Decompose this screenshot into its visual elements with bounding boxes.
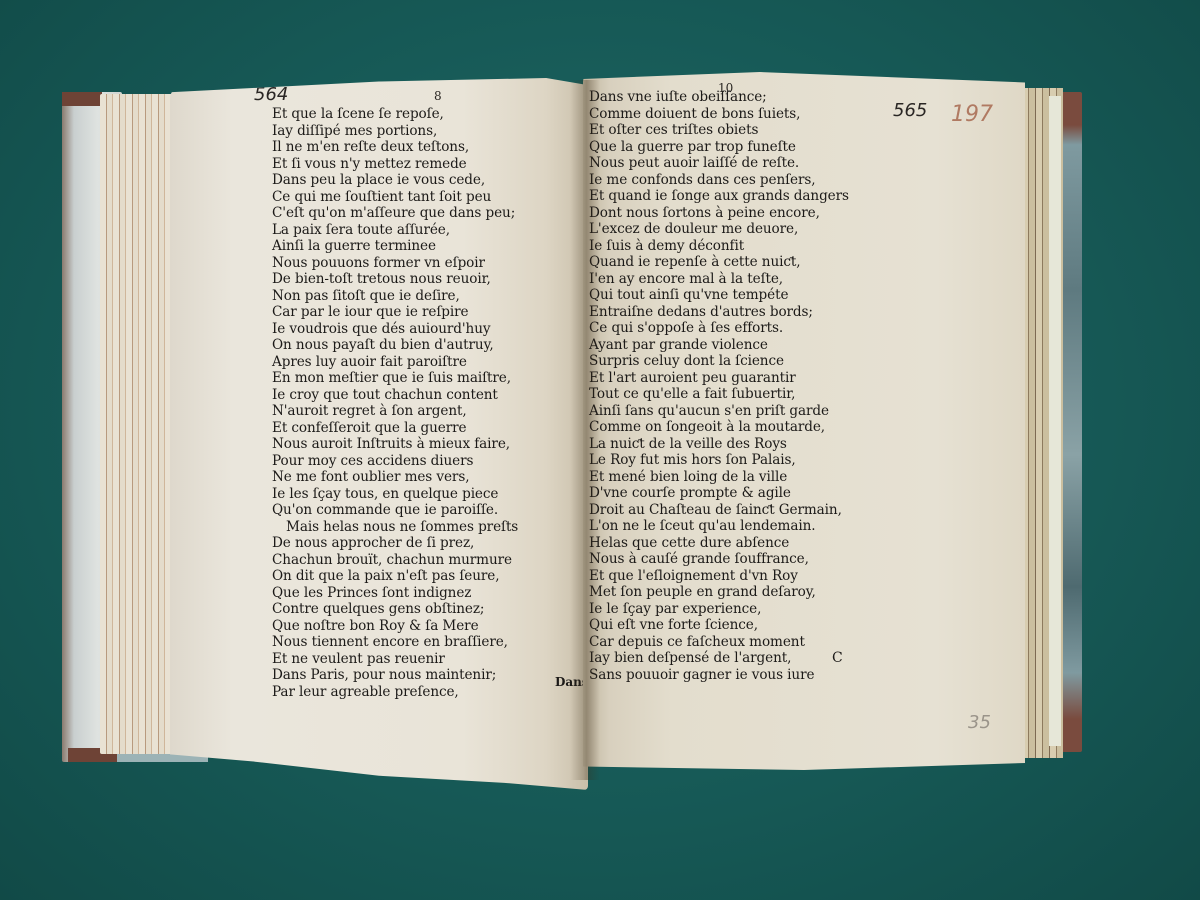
verse-line: Surpris celuy dont la ſcience <box>589 353 849 370</box>
verse-line: Par leur agreable preſence, <box>272 684 518 701</box>
verse-line: Que les Princes ſont indignez <box>272 585 518 602</box>
verse-line: Iay bien deſpensé de l'argent, <box>589 650 849 667</box>
left-page-number: 8 <box>434 89 442 103</box>
verse-line: Ainſi ſans qu'aucun s'en priſt garde <box>589 403 849 420</box>
verse-line: Le Roy fut mis hors ſon Palais, <box>589 452 849 469</box>
verse-line: Ce qui me ſouſtient tant ſoit peu <box>272 189 518 206</box>
verse-line: De nous approcher de ſi prez, <box>272 535 518 552</box>
verse-line: Et ſi vous n'y mettez remede <box>272 156 518 173</box>
signature-mark: C <box>832 650 843 666</box>
verse-line: D'vne courſe prompte & agile <box>589 485 849 502</box>
verse-line: Dans peu la place ie vous cede, <box>272 172 518 189</box>
verse-line: Car depuis ce faſcheux moment <box>589 634 849 651</box>
verse-line: En mon meſtier que ie ſuis maiſtre, <box>272 370 518 387</box>
verse-line: Que la guerre par trop funeſte <box>589 139 849 156</box>
verse-line: Ie croy que tout chachun content <box>272 387 518 404</box>
verse-line: On dit que la paix n'eſt pas ſeure, <box>272 568 518 585</box>
verse-line: Nous peut auoir laiſſé de reſte. <box>589 155 849 172</box>
verse-line: Et oſter ces triſtes obiets <box>589 122 849 139</box>
verse-line: Pour moy ces accidens diuers <box>272 453 518 470</box>
right-red-folio: 197 <box>951 102 993 127</box>
verse-line: Apres luy auoir fait paroiſtre <box>272 354 518 371</box>
verse-line: Et quand ie ſonge aux grands dangers <box>589 188 849 205</box>
verse-line: Quand ie repenſe à cette nuiƈt, <box>589 254 849 271</box>
verse-line: Ie ſuis à demy déconfit <box>589 238 849 255</box>
verse-line: Comme on ſongeoit à la moutarde, <box>589 419 849 436</box>
right-verse: Dans vne iuſte obeiſſance; Comme doiuent… <box>589 89 849 683</box>
verse-line: La paix ſera toute aſſurée, <box>272 222 518 239</box>
verse-line: Dans Paris, pour nous maintenir; <box>272 667 518 684</box>
verse-line: Iay diſſipé mes portions, <box>272 123 518 140</box>
verse-line: Ainſi la guerre terminee <box>272 238 518 255</box>
verse-line: Et l'art auroient peu guarantir <box>589 370 849 387</box>
verse-line: Et ne veulent pas reuenir <box>272 651 518 668</box>
verse-line: L'excez de douleur me deuore, <box>589 221 849 238</box>
verse-line: De bien-toſt tretous nous reuoir, <box>272 271 518 288</box>
verse-line: I'en ay encore mal à la teſte, <box>589 271 849 288</box>
verse-line: Ie me confonds dans ces penſers, <box>589 172 849 189</box>
verse-line: L'on ne le ſceut qu'au lendemain. <box>589 518 849 535</box>
verse-line: Met ſon peuple en grand deſaroy, <box>589 584 849 601</box>
verse-line: Ie les ſçay tous, en quelque piece <box>272 486 518 503</box>
verse-line: Et confeſſeroit que la guerre <box>272 420 518 437</box>
verse-line: La nuiƈt de la veille des Roys <box>589 436 849 453</box>
left-verse: Et que la ſcene ſe repoſe, Iay diſſipé m… <box>272 106 518 700</box>
left-ink-folio: 564 <box>254 84 288 105</box>
book-gutter <box>570 80 600 780</box>
verse-line: C'eſt qu'on m'aſſeure que dans peu; <box>272 205 518 222</box>
verse-line: Qui tout ainſi qu'vne tempéte <box>589 287 849 304</box>
verse-line: Il ne m'en reſte deux teſtons, <box>272 139 518 156</box>
verse-line: Et que l'eſloignement d'vn Roy <box>589 568 849 585</box>
verse-line: Nous à cauſé grande ſouffrance, <box>589 551 849 568</box>
verse-line: N'auroit regret à ſon argent, <box>272 403 518 420</box>
verse-line: Ce qui s'oppoſe à ſes efforts. <box>589 320 849 337</box>
right-page: 10 565 197 Dans vne iuſte obeiſſance; Co… <box>583 72 1025 770</box>
pencil-note: 35 <box>968 712 991 733</box>
verse-line: Ie le ſçay par experience, <box>589 601 849 618</box>
verse-line: Tout ce qu'elle a fait ſubuertir, <box>589 386 849 403</box>
verse-line: Contre quelques gens obſtinez; <box>272 601 518 618</box>
verse-line: Et mené bien loing de la ville <box>589 469 849 486</box>
verse-line: Droit au Chaſteau de ſainƈt Germain, <box>589 502 849 519</box>
verse-line: Chachun brouït, chachun murmure <box>272 552 518 569</box>
verse-line: Ie voudrois que dés auiourd'huy <box>272 321 518 338</box>
verse-line: Ne me font oublier mes vers, <box>272 469 518 486</box>
verse-line: Entraiſne dedans d'autres bords; <box>589 304 849 321</box>
verse-line: Sans pouuoir gagner ie vous iure <box>589 667 849 684</box>
verse-line: Non pas ſitoſt que ie deſire, <box>272 288 518 305</box>
verse-line: Nous auroit Inſtruits à mieux faire, <box>272 436 518 453</box>
verse-line: Mais helas nous ne ſommes preſts <box>272 519 518 536</box>
verse-line: Que noſtre bon Roy & ſa Mere <box>272 618 518 635</box>
verse-line: Ayant par grande violence <box>589 337 849 354</box>
verse-line: Et que la ſcene ſe repoſe, <box>272 106 518 123</box>
left-page: 8 564 Et que la ſcene ſe repoſe, Iay diſ… <box>170 78 588 790</box>
open-book: 8 564 Et que la ſcene ſe repoſe, Iay diſ… <box>0 0 1200 900</box>
verse-line: Nous tiennent encore en braſſiere, <box>272 634 518 651</box>
verse-line: On nous payaſt du bien d'autruy, <box>272 337 518 354</box>
verse-line: Dans vne iuſte obeiſſance; <box>589 89 849 106</box>
verse-line: Qui eſt vne forte ſcience, <box>589 617 849 634</box>
verse-line: Helas que cette dure abſence <box>589 535 849 552</box>
right-ink-folio: 565 <box>893 100 927 121</box>
verse-line: Qu'on commande que ie paroiſſe. <box>272 502 518 519</box>
verse-line: Car par le iour que ie reſpire <box>272 304 518 321</box>
verse-line: Nous pouuons former vn eſpoir <box>272 255 518 272</box>
verse-line: Comme doiuent de bons ſuiets, <box>589 106 849 123</box>
verse-line: Dont nous ſortons à peine encore, <box>589 205 849 222</box>
